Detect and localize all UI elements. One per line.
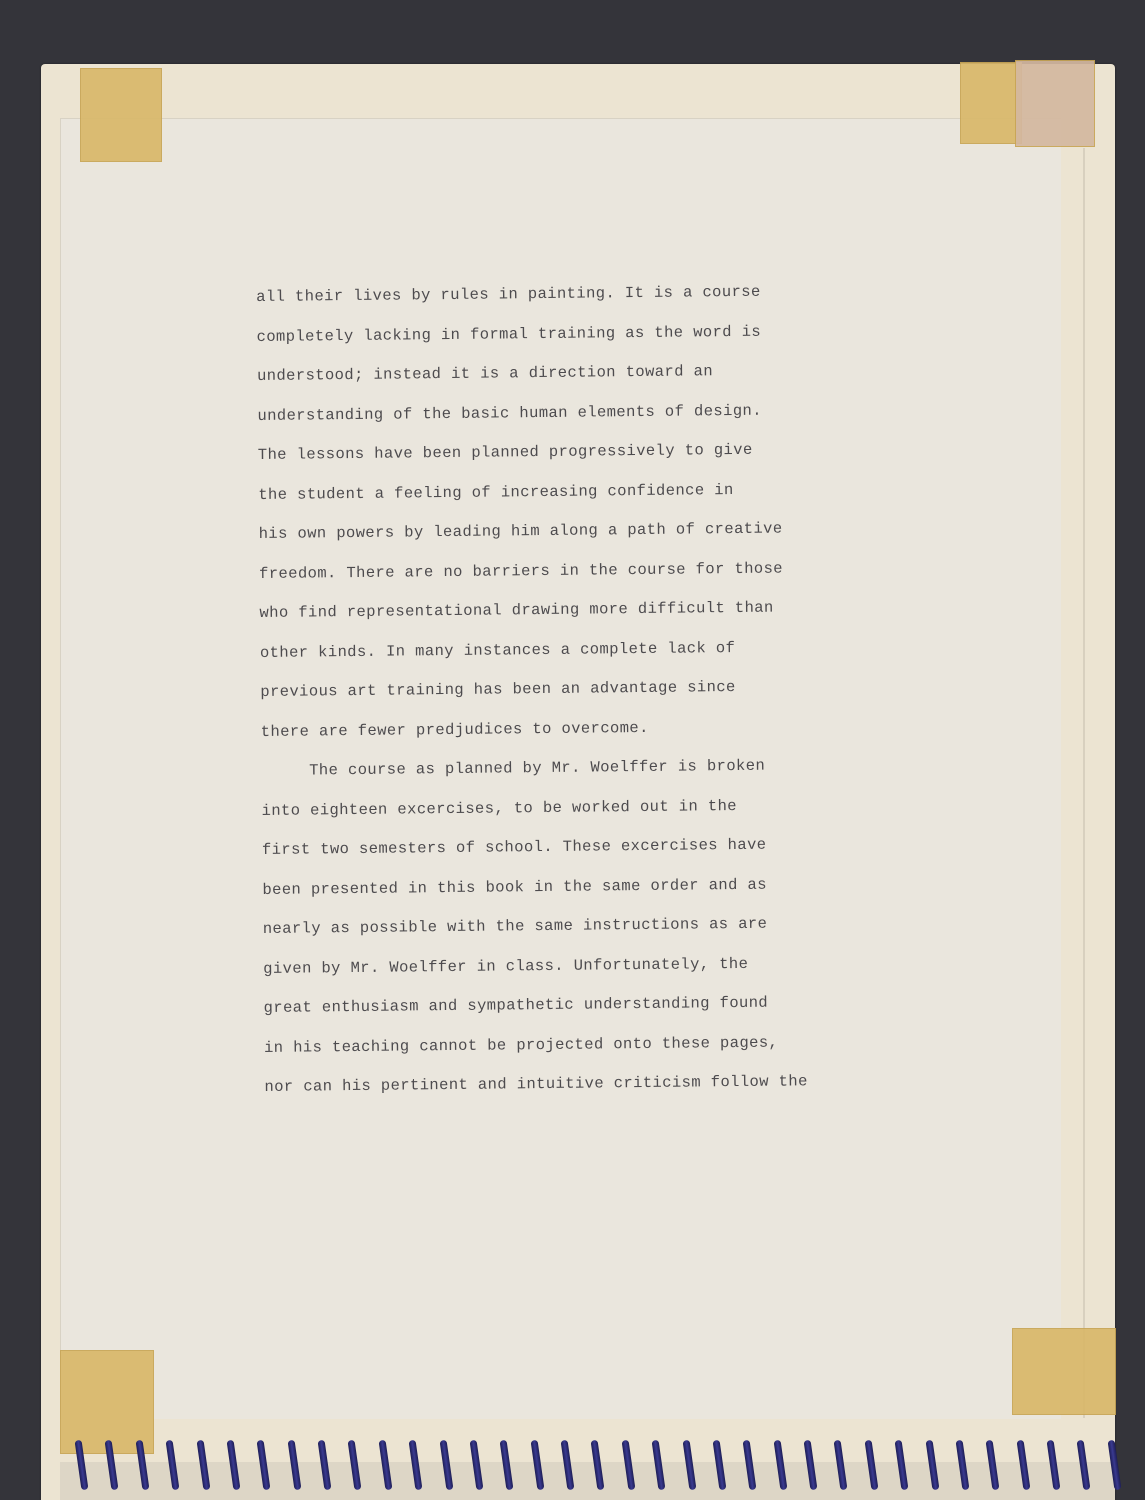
spiral-coil (500, 1440, 514, 1490)
text-line: The course as planned by Mr. Woelffer is… (261, 746, 861, 792)
text-line: there are fewer predjudices to overcome. (261, 706, 861, 752)
spiral-coil (226, 1440, 240, 1490)
spiral-binding (78, 1440, 1118, 1500)
spiral-coil (378, 1440, 392, 1490)
text-line: great enthusiasm and sympathetic underst… (263, 983, 863, 1029)
spiral-coil (1016, 1440, 1030, 1490)
tape-bottom-right (1012, 1328, 1116, 1415)
spiral-coil (135, 1440, 149, 1490)
spiral-coil (682, 1440, 696, 1490)
text-line: into eighteen excercises, to be worked o… (261, 785, 861, 831)
tape-bottom-left (60, 1350, 154, 1454)
spiral-coil (348, 1440, 362, 1490)
spiral-coil (561, 1440, 575, 1490)
spiral-coil (743, 1440, 757, 1490)
text-line: first two semesters of school. These exc… (262, 825, 862, 871)
spiral-coil (257, 1440, 271, 1490)
spiral-coil (652, 1440, 666, 1490)
text-line: who find representational drawing more d… (259, 588, 859, 634)
spiral-coil (895, 1440, 909, 1490)
text-line: the student a feeling of increasing conf… (258, 469, 858, 515)
text-line: nor can his pertinent and intuitive crit… (264, 1062, 864, 1108)
spiral-coil (1077, 1440, 1091, 1490)
text-line: been presented in this book in the same … (262, 864, 862, 910)
text-line: all their lives by rules in painting. It… (256, 272, 856, 318)
text-line: previous art training has been an advant… (260, 667, 860, 713)
spiral-coil (166, 1440, 180, 1490)
spiral-coil (804, 1440, 818, 1490)
spiral-coil (469, 1440, 483, 1490)
text-line: freedom. There are no barriers in the co… (259, 548, 859, 594)
tape-top-right-worn (1015, 60, 1095, 147)
spiral-coil (773, 1440, 787, 1490)
tape-top-left (80, 68, 162, 162)
spiral-coil (409, 1440, 423, 1490)
spiral-coil (196, 1440, 210, 1490)
spiral-coil (439, 1440, 453, 1490)
spiral-coil (986, 1440, 1000, 1490)
spiral-coil (621, 1440, 635, 1490)
spiral-coil (925, 1440, 939, 1490)
spiral-coil (712, 1440, 726, 1490)
spiral-coil (530, 1440, 544, 1490)
sheet-edge (1083, 148, 1085, 1418)
text-line: The lessons have been planned progressiv… (258, 430, 858, 476)
tape-top-right (960, 62, 1022, 144)
text-line: understanding of the basic human element… (257, 390, 857, 436)
paragraph-2: The course as planned by Mr. Woelffer is… (261, 746, 865, 1108)
spiral-coil (318, 1440, 332, 1490)
text-line: completely lacking in formal training as… (256, 311, 856, 357)
text-line: other kinds. In many instances a complet… (260, 627, 860, 673)
paragraph-1: all their lives by rules in painting. It… (256, 272, 861, 752)
text-line: understood; instead it is a direction to… (257, 351, 857, 397)
spiral-coil (1107, 1440, 1121, 1490)
spiral-coil (955, 1440, 969, 1490)
spiral-coil (591, 1440, 605, 1490)
spiral-coil (105, 1440, 119, 1490)
spiral-coil (834, 1440, 848, 1490)
spiral-coil (287, 1440, 301, 1490)
spiral-coil (1047, 1440, 1061, 1490)
text-line: given by Mr. Woelffer in class. Unfortun… (263, 943, 863, 989)
text-line: nearly as possible with the same instruc… (263, 904, 863, 950)
text-line: in his teaching cannot be projected onto… (264, 1022, 864, 1068)
typed-text-body: all their lives by rules in painting. It… (256, 272, 865, 1108)
spiral-coil (864, 1440, 878, 1490)
text-line: his own powers by leading him along a pa… (258, 509, 858, 555)
